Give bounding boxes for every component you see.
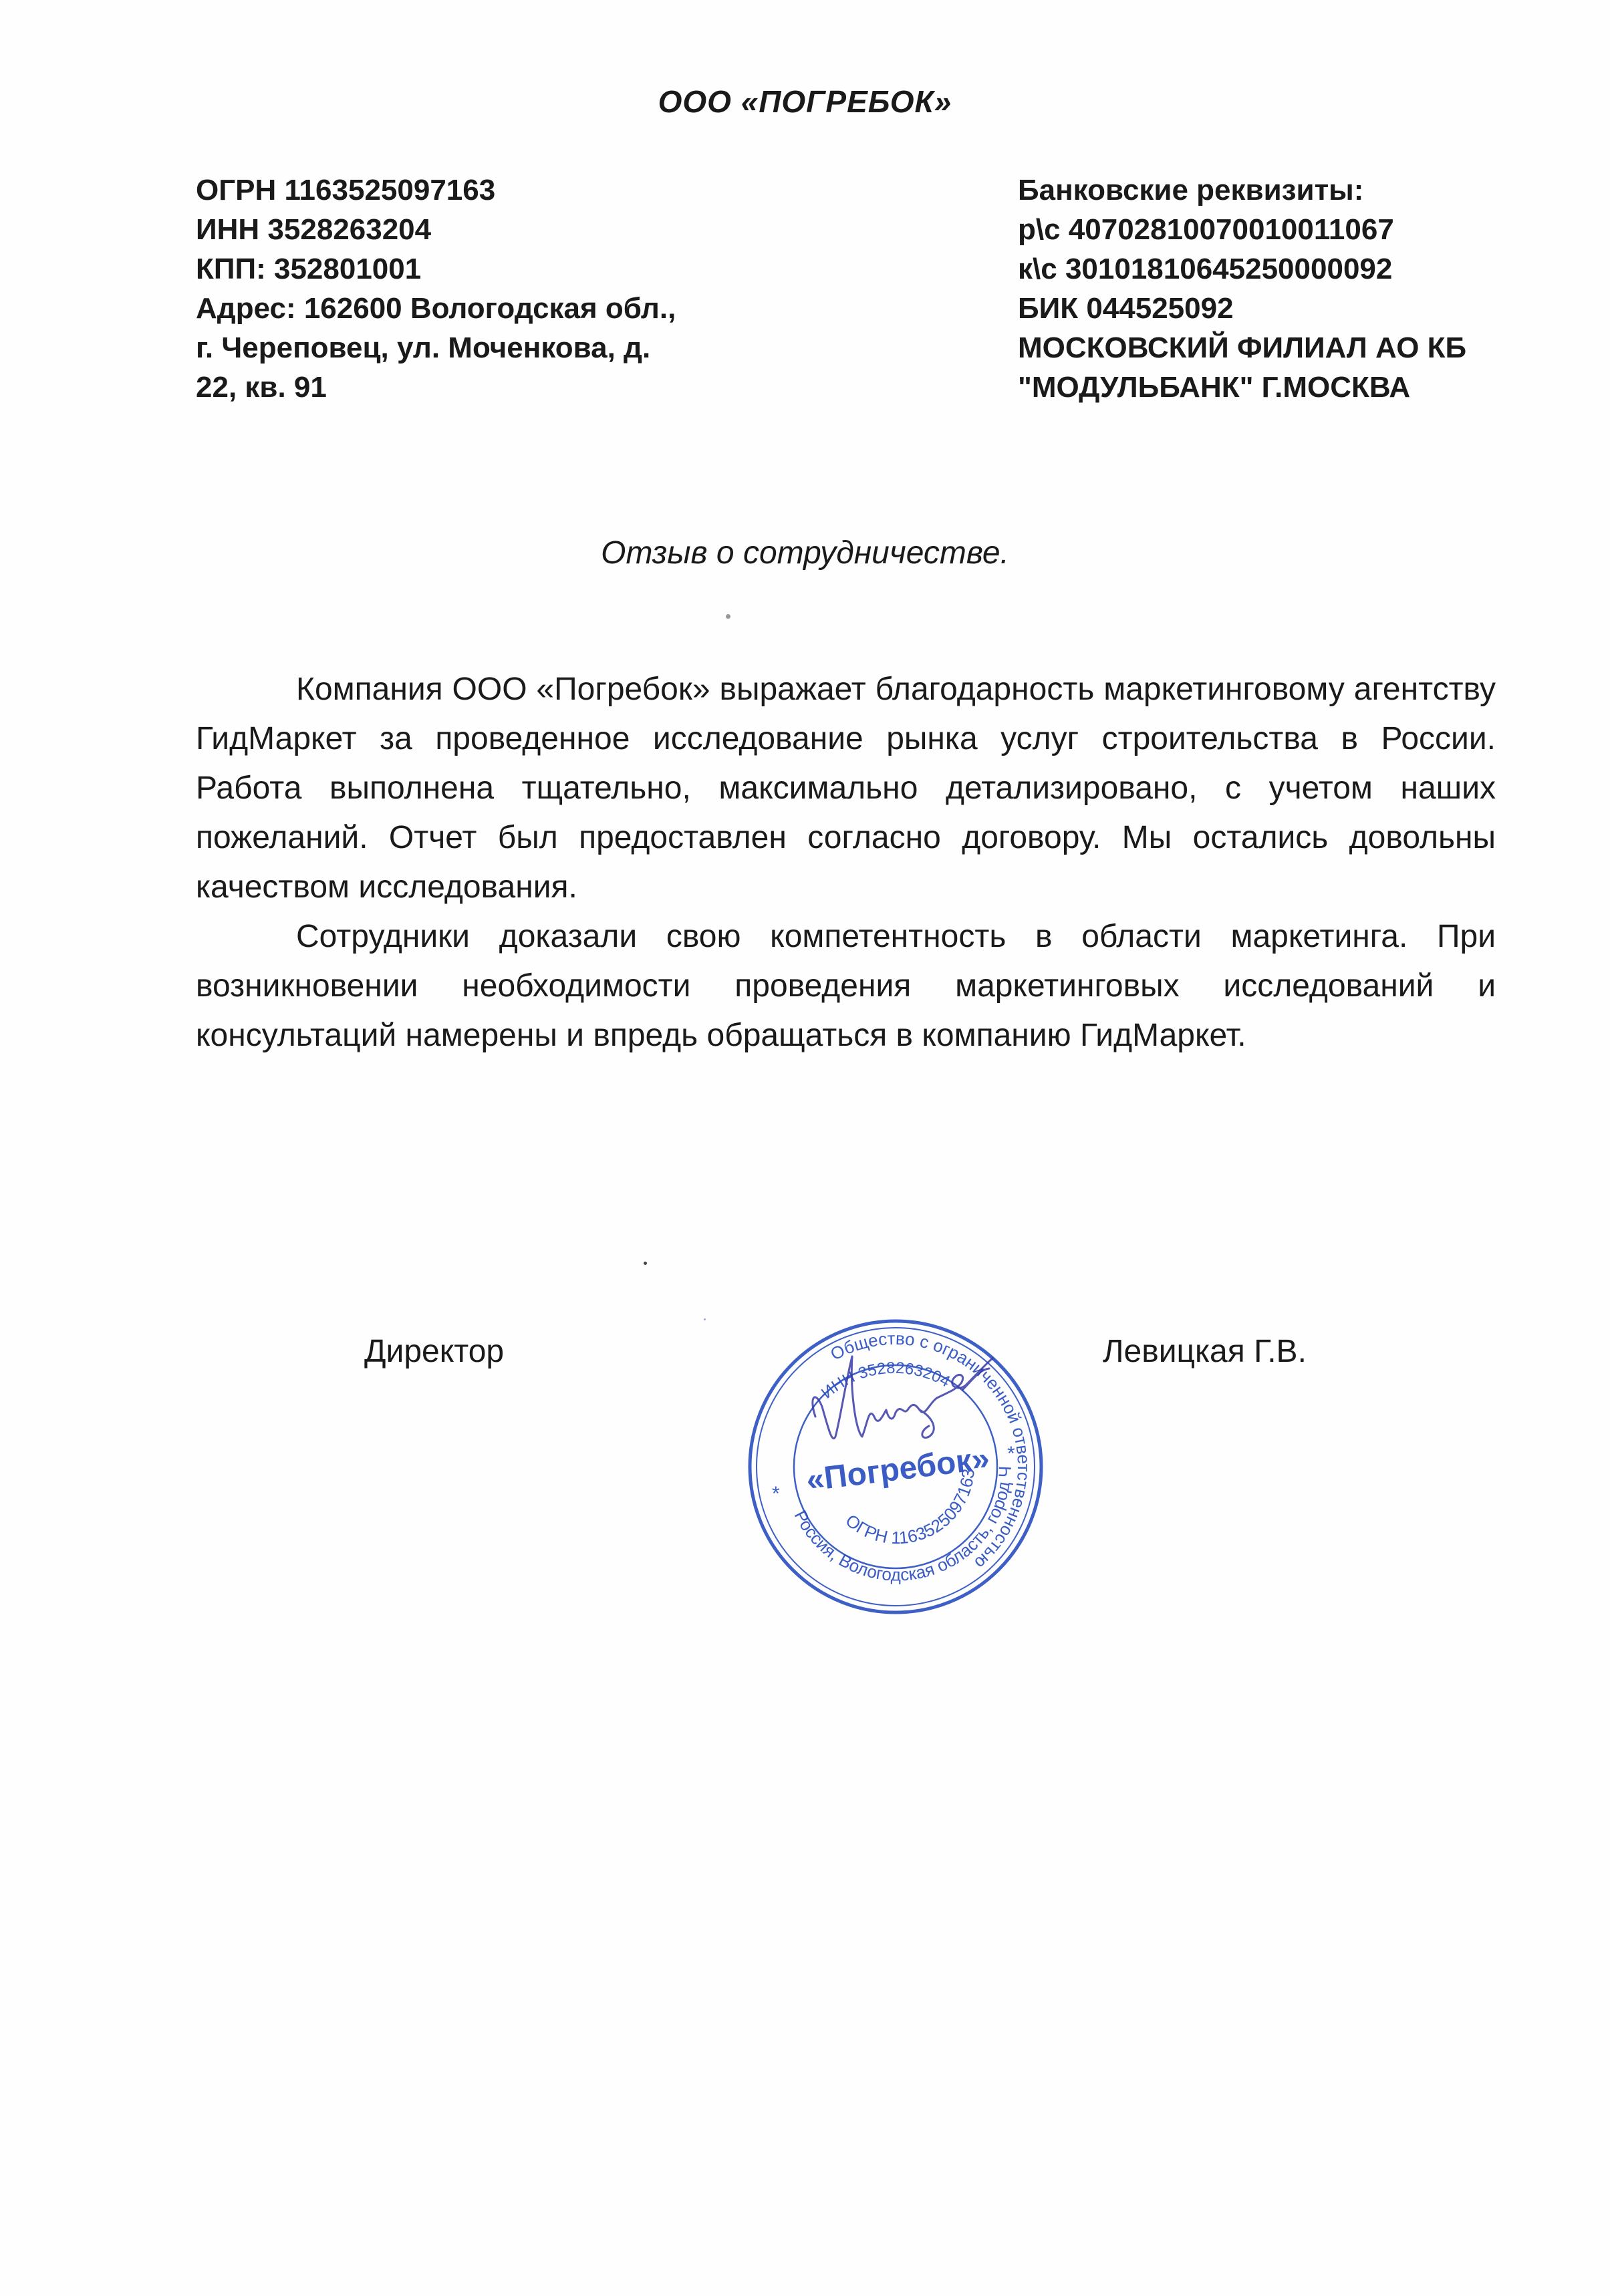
bank-name-line-1: МОСКОВСКИЙ ФИЛИАЛ АО КБ: [1018, 328, 1553, 368]
paragraph-2: Сотрудники доказали свою компетентность …: [196, 912, 1496, 1060]
letter-body: Компания ООО «Погребок» выражает благода…: [196, 665, 1496, 1060]
bank-requisites: Банковские реквизиты: р\с 40702810070010…: [1018, 170, 1553, 407]
bank-requisites-heading: Банковские реквизиты:: [1018, 170, 1553, 210]
document-page: ООО «ПОГРЕБОК» ОГРН 1163525097163 ИНН 35…: [0, 0, 1610, 2296]
address-line-3: 22, кв. 91: [196, 368, 730, 407]
bik-line: БИК 044525092: [1018, 289, 1553, 328]
address-line-1: Адрес: 162600 Вологодская обл.,: [196, 289, 730, 328]
kpp-line: КПП: 352801001: [196, 249, 730, 289]
paragraph-1: Компания ООО «Погребок» выражает благода…: [196, 665, 1496, 912]
ogrn-line: ОГРН 1163525097163: [196, 170, 730, 210]
signatory-name: Левицкая Г.В.: [1103, 1333, 1307, 1370]
scan-speck: [704, 1318, 706, 1320]
document-subtitle: Отзыв о сотрудничестве.: [0, 535, 1610, 571]
scan-speck: [726, 614, 730, 619]
signatory-role: Директор: [364, 1333, 504, 1370]
correspondent-account-line: к\с 30101810645250000092: [1018, 249, 1553, 289]
address-line-2: г. Череповец, ул. Моченкова, д.: [196, 328, 730, 368]
stamp-star-left-icon: *: [772, 1483, 780, 1505]
bank-name-line-2: "МОДУЛЬБАНК" Г.МОСКВА: [1018, 368, 1553, 407]
handwritten-signature-icon: [789, 1343, 1009, 1463]
company-requisites: ОГРН 1163525097163 ИНН 3528263204 КПП: 3…: [196, 170, 730, 407]
scan-speck: [644, 1262, 647, 1265]
settlement-account-line: р\с 40702810070010011067: [1018, 210, 1553, 249]
inn-line: ИНН 3528263204: [196, 210, 730, 249]
company-title: ООО «ПОГРЕБОК»: [0, 84, 1610, 120]
